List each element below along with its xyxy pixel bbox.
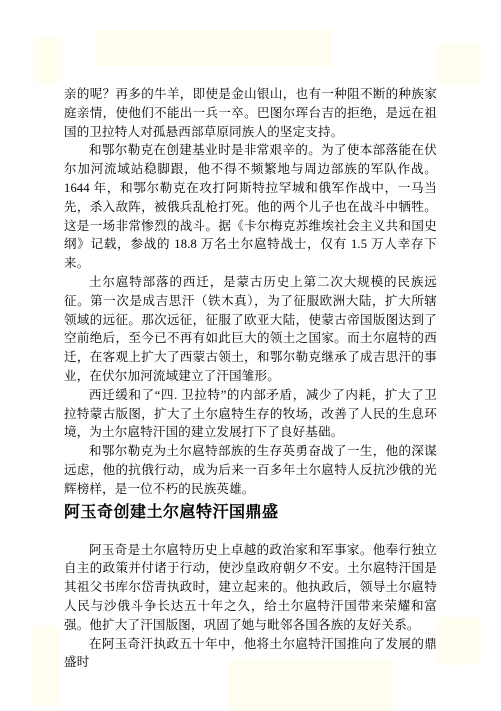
paragraph-continues-next-page: 在阿玉奇汗执政五十年中，他将土尔扈特汗国推向了发展的鼎盛时 (64, 635, 437, 673)
paragraph: 和鄂尔勒克在创建基业时是非常艰辛的。为了使本部落能在伏尔加河流域站稳脚跟，他不得… (64, 141, 437, 273)
section-heading: 阿玉奇创建土尔扈特汗国鼎盛 (64, 503, 437, 522)
page-content: 亲的呢？再多的牛羊，即使是金山银山，也有一种阻不断的种族家庭亲情，使他们不能出一… (64, 85, 437, 672)
scan-artifact-patch (95, 30, 332, 66)
book-page: 亲的呢？再多的牛羊，即使是金山银山，也有一种阻不断的种族家庭亲情，使他们不能出一… (0, 0, 501, 711)
scan-artifact-patch (32, 626, 60, 706)
scan-artifact-patch (437, 44, 481, 84)
paragraph: 和鄂尔勒克为土尔扈特部族的生存英勇奋战了一生，他的深谋远虑，他的抗俄行动，成为后… (64, 442, 437, 498)
paragraph: 西迁缓和了“四. 卫拉特”的内部矛盾，减少了内耗，扩大了卫拉特蒙古版图，扩大了土… (64, 386, 437, 442)
paragraph: 土尔扈特部落的西迁，是蒙古历史上第二次大规模的民族远征。第一次是成吉思汗（铁木真… (64, 273, 437, 386)
paragraph: 阿玉奇是土尔扈特历史上卓越的政治家和军事家。他奉行独立自主的政策并付诸于行动，使… (64, 541, 437, 635)
scan-artifact-patch (33, 37, 62, 85)
scan-artifact-patch (437, 617, 481, 665)
paragraph-continuation: 亲的呢？再多的牛羊，即使是金山银山，也有一种阻不断的种族家庭亲情，使他们不能出一… (64, 85, 437, 141)
